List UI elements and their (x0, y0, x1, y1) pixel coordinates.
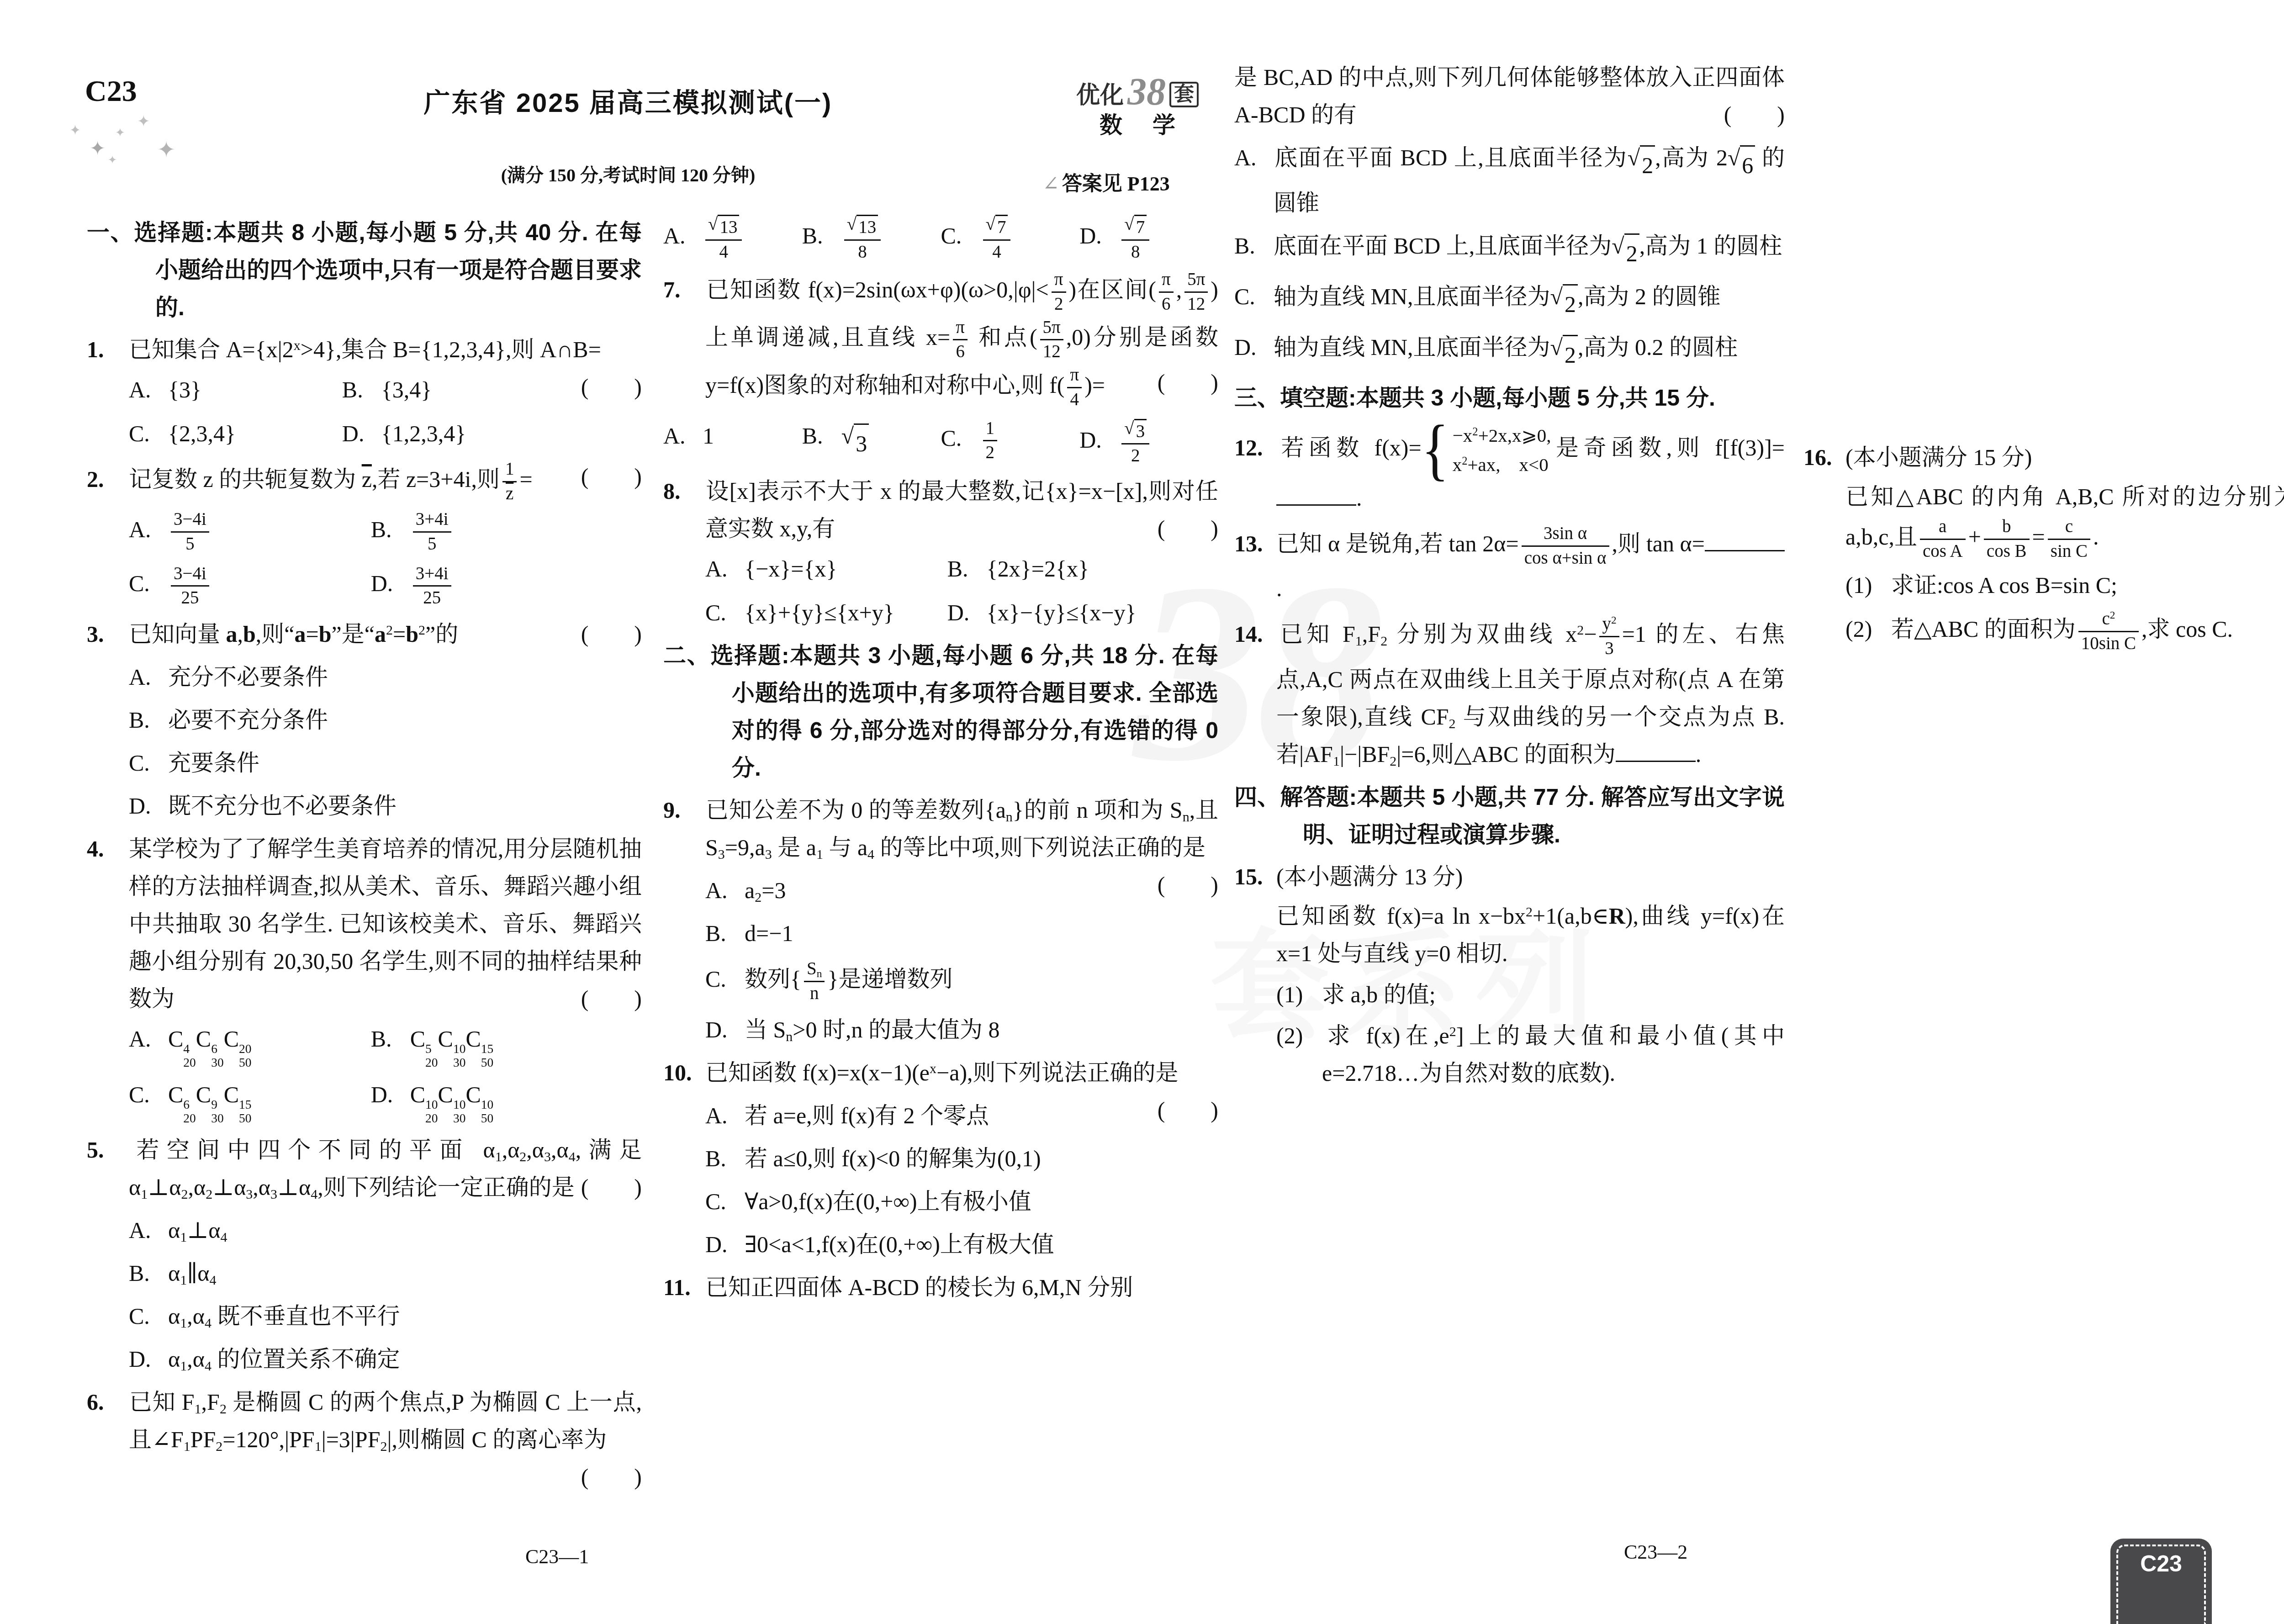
math-subscript: 1 (1333, 753, 1340, 768)
fraction-numerator: 3−4i (171, 562, 209, 586)
math-supsub: 620 (183, 1098, 196, 1126)
option: D.既不充分也不必要条件 (129, 787, 642, 825)
answer-bracket: ( ) (581, 1458, 642, 1496)
option-label: C. (941, 217, 980, 254)
question-number: 6. (87, 1383, 129, 1421)
math-subscript: 3 (544, 1149, 551, 1164)
exam-page: { "page": { "code": "C23", "title": "广东省… (0, 0, 2284, 1624)
option-label: C. (705, 1183, 745, 1220)
option: D.√32 (1079, 417, 1218, 468)
fraction-numerator: y2 (1599, 613, 1619, 636)
supsub-bottom: 20 (183, 1111, 196, 1125)
question-stem: 已知函数 f(x)=x(x−1)(ex−a),则下列说法正确的是 (705, 1060, 1179, 1085)
radicand: 13 (856, 215, 878, 239)
options-group: A.充分不必要条件B.必要不充分条件C.充要条件D.既不充分也不必要条件 (129, 658, 642, 825)
math-fraction: Snn (804, 957, 825, 1005)
fraction-denominator: 8 (855, 241, 870, 264)
question: 3.已知向量 a,b,则“a=b”是“a2=b2”的( )A.充分不必要条件B.… (87, 615, 642, 825)
question-number: 7. (663, 271, 705, 308)
fraction-denominator: sin C (2048, 540, 2090, 563)
option-label: A. (129, 511, 168, 548)
option: D.C1020C1030C1050 (371, 1076, 642, 1125)
math-supsub: 420 (183, 1042, 196, 1070)
cases-line: x2+ax, x<0 (1453, 450, 1551, 480)
math-fraction: π2 (1052, 268, 1066, 316)
option-text: √74 (980, 223, 1014, 249)
math-fraction: 5π12 (1184, 268, 1208, 316)
option-text: 充分不必要条件 (168, 664, 328, 690)
option: D.∃0<a<1,f(x)在(0,+∞)上有极大值 (705, 1226, 1218, 1263)
fraction-denominator: 12 (1040, 340, 1063, 364)
option-label: D. (342, 415, 381, 452)
column-3: 是 BC,AD 的中点,则下列几何体能够整体放入正四面体 A-BCD 的有( )… (1234, 54, 1785, 1097)
option-text: 数列{Snn}是递增数列 (745, 966, 952, 992)
math-subscript: 4 (569, 1149, 576, 1164)
math-subscript: 2 (220, 1401, 227, 1416)
math-fraction: acos A (1920, 515, 1966, 563)
question-stem: 已知向量 a,b,则“a=b”是“a2=b2”的 (129, 621, 458, 647)
question-stem: 若空间中四个不同的平面 α1,α2,α3,α4,满足 α1⊥α2,α2⊥α3,α… (129, 1137, 642, 1200)
option-label: C. (129, 565, 168, 602)
question-stem: 已知集合 A={x|2x>4},集合 B={1,2,3,4},则 A∩B= (129, 337, 601, 362)
math-fraction: π4 (1067, 364, 1082, 411)
question: 14.已知 F1,F2 分别为双曲线 x2−y23=1 的左、右焦点,A,C 两… (1234, 613, 1785, 772)
math-fraction: csin C (2048, 515, 2090, 563)
section-header: 二、选择题:本题共 3 小题,每小题 6 分,共 18 分. 在每小题给出的选项… (663, 637, 1218, 787)
math-subscript: 3 (270, 1186, 277, 1201)
supsub-top: 15 (481, 1042, 494, 1056)
math-subscript: 4 (220, 1229, 227, 1244)
fraction-numerator: a (1936, 515, 1949, 539)
paper-code: C23 (85, 74, 137, 109)
option-text: ∃0<a<1,f(x)在(0,+∞)上有极大值 (745, 1232, 1054, 1257)
answer-reference: ∠答案见 P123 (1042, 167, 1170, 196)
option-text: 底面在平面 BCD 上,且底面半径为√2,高为 1 的圆柱 (1274, 233, 1782, 259)
fraction-numerator: 3+4i (413, 508, 451, 531)
option-text: 既不充分也不必要条件 (168, 793, 397, 819)
math-fraction: 5π12 (1040, 316, 1063, 364)
question-stem: 若函数 f(x)={−x2+2x,x⩾0,x2+ax, x<0是奇函数,则 f[… (1276, 435, 1785, 511)
option: C.充要条件 (129, 744, 642, 782)
radical-sign: √ (1628, 145, 1640, 184)
question-number: 11. (663, 1269, 705, 1306)
math-subscript: 4 (311, 1186, 317, 1201)
option: A.C420C630C2050 (129, 1020, 371, 1069)
option-label: B. (371, 511, 410, 548)
fraction-numerator: √3 (1121, 417, 1149, 444)
question-number: 5. (87, 1131, 129, 1169)
math-fraction: √138 (844, 213, 881, 264)
star-icon: ✦ (90, 137, 106, 160)
supsub-bottom: 20 (425, 1111, 438, 1125)
radical-sign: √ (1124, 215, 1134, 239)
option-label: C. (129, 1076, 168, 1113)
option: D.3+4i25 (371, 562, 642, 610)
question-stem: 设[x]表示不大于 x 的最大整数,记{x}=x−[x],则对任意实数 x,y,… (705, 478, 1218, 541)
option: B.{2x}=2{x} (947, 550, 1218, 587)
question: 5.若空间中四个不同的平面 α1,α2,α3,α4,满足 α1⊥α2,α2⊥α3… (87, 1131, 642, 1378)
fraction-denominator: 8 (1128, 241, 1143, 264)
question-stem: 某学校为了了解学生美育培养的情况,用分层随机抽样的方法抽样调查,拟从美术、音乐、… (129, 836, 642, 1011)
option-text: √134 (703, 223, 745, 249)
option: B.若 a≤0,则 f(x)<0 的解集为(0,1) (705, 1140, 1218, 1177)
sub-question-label: (1) (1276, 976, 1322, 1013)
question-number: 8. (663, 472, 705, 510)
options-group: A.3−4i5B.3+4i5C.3−4i25D.3+4i25 (129, 508, 642, 610)
logo-38: 38 (1127, 77, 1166, 107)
option-label: B. (371, 1020, 410, 1058)
sub-question: (1)求证:cos A cos B=sin C; (1845, 566, 2284, 604)
fraction-numerator: π (1052, 268, 1066, 291)
fraction-numerator: c2 (2099, 608, 2118, 631)
option-text: C1020C1030C1050 (410, 1082, 494, 1107)
math-supsub: 1050 (481, 1098, 494, 1126)
question: 16.(本小题满分 15 分)已知△ABC 的内角 A,B,C 所对的边分别为 … (1803, 439, 2284, 656)
option-text: 充要条件 (168, 750, 259, 776)
math-fraction: √78 (1121, 213, 1149, 264)
math-subscript: n (786, 1029, 793, 1044)
supsub-top: 10 (453, 1098, 466, 1111)
math-subscript: 2 (1380, 634, 1387, 649)
option-text: α1,α4 的位置关系不确定 (168, 1346, 400, 1372)
bold-text: a (375, 621, 386, 647)
math-fraction: √32 (1121, 417, 1149, 468)
option: D.{1,2,3,4} (342, 415, 581, 452)
column-1: 一、选择题:本题共 8 小题,每小题 5 分,共 40 分. 在每小题给出的四个… (87, 210, 642, 1496)
answer-blank (1705, 530, 1785, 551)
option: C.C620C930C1550 (129, 1076, 371, 1125)
question: 6.已知 F1,F2 是椭圆 C 的两个焦点,P 为椭圆 C 上一点,且∠F1P… (87, 1383, 642, 1458)
fraction-denominator: n (807, 982, 822, 1005)
option-label: C. (129, 1297, 168, 1335)
answer-bracket: ( ) (581, 458, 642, 495)
radicand: 2 (1563, 335, 1578, 374)
math-sqrt: √2 (1550, 284, 1578, 323)
math-supsub: 1550 (239, 1098, 252, 1126)
option-label: C. (129, 415, 168, 452)
math-subscript: 1 (141, 1186, 148, 1201)
radicand: 3 (1134, 419, 1147, 444)
question-number: 3. (87, 615, 129, 653)
math-fraction: 12 (983, 417, 998, 465)
math-superscript: 2 (386, 623, 393, 638)
fraction-numerator: π (1159, 268, 1174, 291)
option: D.{x}−{y}≤{x−y} (947, 594, 1218, 631)
question: 11.已知正四面体 A-BCD 的棱长为 6,M,N 分别 (663, 1269, 1218, 1306)
supsub-top: 15 (239, 1098, 252, 1111)
math-sqrt: √6 (1728, 145, 1755, 184)
question: 2.记复数 z 的共轭复数为 z,若 z=3+4i,则1z=( )A.3−4i5… (87, 458, 642, 610)
sub-question-text: 若△ABC 的面积为c210sin C,求 cos C. (1891, 616, 2233, 642)
option-text: 3+4i25 (410, 571, 454, 596)
math-supsub: 520 (425, 1042, 438, 1070)
section-header: 三、填空题:本题共 3 小题,每小题 5 分,共 15 分. (1234, 379, 1785, 417)
answer-bracket: ( ) (1158, 866, 1218, 904)
option: A.a2=3 (705, 872, 1218, 909)
sub-question-text: 求 a,b 的值; (1322, 982, 1436, 1007)
question-stem: 已知函数 f(x)=2sin(ωx+φ)(ω>0,|φ|<π2)在区间(π6,5… (705, 277, 1218, 398)
math-sqrt: √13 (847, 215, 878, 239)
fraction-numerator: π (953, 316, 968, 339)
option-label: D. (371, 565, 410, 602)
math-superscript: 2 (1472, 426, 1478, 438)
fraction-denominator: 4 (716, 241, 731, 264)
question-stem: (本小题满分 13 分) (1276, 864, 1463, 889)
options-group: A.{3}B.{3,4}C.{2,3,4}D.{1,2,3,4} (129, 371, 581, 452)
question: 15.(本小题满分 13 分)已知函数 f(x)=a ln x−bx2+1(a,… (1234, 858, 1785, 1092)
option-label: B. (129, 701, 168, 739)
option-label: B. (129, 1254, 168, 1292)
supsub-top: 4 (183, 1042, 196, 1056)
fraction-numerator: 1 (983, 417, 998, 440)
option: B.C520C1030C1550 (371, 1020, 642, 1069)
option-label: B. (705, 1140, 745, 1177)
option-text: √138 (841, 223, 883, 249)
answer-blank (1276, 485, 1356, 506)
math-subscript: 3 (718, 846, 725, 862)
option-text: {2x}=2{x} (987, 556, 1089, 582)
math-superscript: 2 (1449, 1024, 1456, 1039)
fraction-denominator: cos B (1984, 540, 2030, 563)
supsub-bottom: 50 (239, 1056, 252, 1069)
option: C.轴为直线 MN,且底面半径为√2,高为 2 的圆锥 (1234, 278, 1785, 323)
math-subscript: 1 (495, 1149, 502, 1164)
math-overline: z (506, 484, 513, 503)
option: B.α1∥α4 (129, 1254, 642, 1292)
option-label: A. (705, 872, 745, 909)
option-label: A. (129, 1020, 168, 1058)
option-text: a2=3 (745, 878, 786, 903)
option: C.3−4i25 (129, 562, 371, 610)
math-subscript: 4 (205, 1315, 211, 1330)
column-4: 16.(本小题满分 15 分)已知△ABC 的内角 A,B,C 所对的边分别为 … (1803, 434, 2284, 661)
math-subscript: 3 (246, 1186, 253, 1201)
column-2: A.√134B.√138C.√74D.√787.已知函数 f(x)=2sin(ω… (663, 210, 1218, 1312)
option-label: B. (947, 550, 987, 587)
option-text: {2,3,4} (168, 421, 236, 446)
math-sqrt: √7 (986, 215, 1008, 239)
math-subscript: 3 (765, 846, 772, 862)
math-subscript: 4 (867, 846, 874, 862)
question-number: 2. (87, 460, 129, 498)
radical-sign: √ (1612, 233, 1624, 272)
math-subscript: 1 (184, 1439, 190, 1454)
option-text: 必要不充分条件 (168, 707, 328, 733)
question-body: 已知△ABC 的内角 A,B,C 所对的边分别为 a,b,c,且acos A+b… (1845, 478, 2284, 563)
option: D.√78 (1079, 213, 1218, 264)
option-text: √3 (841, 423, 869, 449)
option-text: {x}+{y}≤{x+y} (745, 600, 894, 625)
question: 1.已知集合 A={x|2x>4},集合 B={1,2,3,4},则 A∩B=(… (87, 331, 642, 452)
option-label: A. (705, 1097, 745, 1134)
radicand: 2 (1563, 284, 1578, 323)
supsub-bottom: 50 (239, 1111, 252, 1125)
page-title: 广东省 2025 届高三模拟测试(一) (137, 81, 1119, 120)
option-text: C420C630C2050 (168, 1026, 252, 1052)
radical-sign: √ (1550, 284, 1563, 323)
option: B.√138 (802, 213, 941, 264)
options-group: A.C420C630C2050B.C520C1030C1550C.C620C93… (129, 1020, 642, 1126)
fraction-numerator: √13 (844, 213, 881, 239)
bold-text: b (243, 621, 256, 647)
option: C.√74 (941, 213, 1080, 264)
radical-sign: √ (847, 215, 856, 239)
math-overline: z (362, 466, 372, 492)
math-subscript: 2 (206, 1186, 212, 1201)
option-text: 当 Sn>0 时,n 的最大值为 8 (745, 1017, 1000, 1042)
option-text: 轴为直线 MN,且底面半径为√2,高为 0.2 的圆柱 (1274, 334, 1738, 360)
fraction-numerator: π (1067, 364, 1082, 387)
math-subscript: 1 (180, 1229, 187, 1244)
option: B.√3 (802, 417, 941, 468)
option-text: {3} (168, 377, 201, 402)
fraction-numerator: c (2062, 515, 2076, 539)
question: 10.已知函数 f(x)=x(x−1)(ex−a),则下列说法正确的是( )A.… (663, 1054, 1218, 1263)
sub-question-label: (2) (1845, 610, 1891, 648)
sub-question-label: (1) (1845, 566, 1891, 604)
question-number: 14. (1234, 615, 1276, 653)
math-subscript: 1 (816, 846, 823, 862)
math-subscript: 1 (180, 1272, 187, 1287)
option-text: √32 (1119, 427, 1152, 453)
option-label: A. (129, 1211, 168, 1249)
option: A.1 (663, 417, 802, 468)
sub-question-label: (2) (1276, 1017, 1322, 1054)
cases-brace: { (1422, 416, 1449, 485)
question: 8.设[x]表示不大于 x 的最大整数,记{x}=x−[x],则对任意实数 x,… (663, 472, 1218, 631)
fraction-denominator: 4 (1068, 388, 1082, 412)
radical-sign: √ (1550, 335, 1563, 374)
corner-tab-label: C23 (2110, 1550, 2212, 1577)
option: A.3−4i5 (129, 508, 371, 555)
fraction-denominator: 5 (425, 533, 439, 556)
math-subscript: 2 (755, 889, 761, 905)
math-sqrt: √2 (1628, 145, 1655, 184)
question-stem: (本小题满分 15 分) (1845, 444, 2032, 470)
bold-text: a (226, 621, 238, 647)
option-label: B. (1234, 227, 1274, 264)
cases-line: −x2+2x,x⩾0, (1453, 421, 1551, 450)
option-label: C. (705, 960, 745, 998)
options-group: A.{−x}={x}B.{2x}=2{x}C.{x}+{y}≤{x+y}D.{x… (705, 550, 1218, 631)
publisher-logo: 优化 38 套 数 学 (1046, 77, 1229, 137)
math-fraction: 1z (502, 458, 517, 505)
math-fraction: π6 (1159, 268, 1174, 316)
math-sqrt: √2 (1550, 335, 1578, 374)
sub-question: (2)求 f(x)在,e2]上的最大值和最小值(其中 e=2.718…为自然对数… (1276, 1017, 1785, 1092)
math-subscript: 2 (1390, 753, 1396, 768)
radical-sign: √ (986, 215, 995, 239)
option: C.12 (941, 417, 1080, 468)
fraction-numerator: b (1999, 515, 2014, 539)
logo-subject: 数 学 (1046, 114, 1229, 137)
question-number: 4. (87, 830, 129, 868)
supsub-bottom: 30 (453, 1056, 466, 1069)
option: C.数列{Snn}是递增数列 (705, 957, 1218, 1005)
option: B.3+4i5 (371, 508, 642, 555)
option-label: D. (1234, 328, 1274, 366)
question-continuation: 是 BC,AD 的中点,则下列几何体能够整体放入正四面体 A-BCD 的有( ) (1234, 58, 1785, 133)
question-number: 15. (1234, 858, 1276, 895)
fraction-denominator: 5 (183, 533, 197, 556)
page-number-right: C23—2 (1624, 1540, 1687, 1564)
fraction-numerator: √13 (705, 213, 742, 239)
logo-text: 优化 (1076, 84, 1124, 107)
fraction-denominator: 6 (953, 340, 968, 364)
option-label: D. (371, 1076, 410, 1113)
option: D.轴为直线 MN,且底面半径为√2,高为 0.2 的圆柱 (1234, 328, 1785, 374)
math-fraction: √74 (983, 213, 1011, 264)
radicand: 7 (995, 215, 1008, 239)
radicand: 2 (1640, 145, 1655, 184)
option-label: D. (705, 1226, 745, 1263)
math-fraction: y23 (1599, 613, 1619, 660)
math-fraction: 3sin αcos α+sin α (1522, 522, 1609, 570)
question: 12.若函数 f(x)={−x2+2x,x⩾0,x2+ax, x<0是奇函数,则… (1234, 421, 1785, 517)
option: C.{2,3,4} (129, 415, 342, 452)
math-subscript: 1 (1355, 634, 1362, 649)
section-header: 一、选择题:本题共 8 小题,每小题 5 分,共 40 分. 在每小题给出的四个… (87, 214, 642, 326)
fraction-numerator: 3sin α (1541, 522, 1590, 545)
star-icon: ✦ (108, 153, 117, 167)
math-subscript: n (817, 968, 822, 980)
question: 9.已知公差不为 0 的等差数列{an}的前 n 项和为 Sn,且 S3=9,a… (663, 791, 1218, 1048)
answer-bracket: ( ) (1158, 510, 1218, 547)
option-text: α1∥α4 (168, 1260, 217, 1286)
math-supsub: 930 (211, 1098, 224, 1126)
option-text: α1,α4 既不垂直也不平行 (168, 1303, 400, 1329)
corner-tab: C23 (2110, 1539, 2212, 1624)
math-subscript: 2 (216, 1439, 222, 1454)
question: 13.已知 α 是锐角,若 tan 2α=3sin αcos α+sin α,则… (1234, 522, 1785, 607)
fraction-numerator: √7 (983, 213, 1011, 239)
sub-question-text: 求证:cos A cos B=sin C; (1891, 572, 2117, 598)
math-superscript: x (294, 338, 301, 353)
math-superscript: x (930, 1061, 936, 1076)
fraction-denominator: z (503, 482, 516, 506)
math-fraction: π6 (953, 316, 968, 364)
math-cases: {−x2+2x,x⩾0,x2+ax, x<0 (1422, 421, 1551, 479)
options-group: A.a2=3B.d=−1C.数列{Snn}是递增数列D.当 Sn>0 时,n 的… (705, 872, 1218, 1048)
math-sqrt: √3 (841, 423, 869, 462)
answer-bracket: ( ) (581, 615, 642, 653)
answer-bracket: ( ) (1158, 1091, 1218, 1129)
question-number: 13. (1234, 525, 1276, 562)
option: B.d=−1 (705, 915, 1218, 952)
math-subscript: 2 (1449, 716, 1456, 731)
radical-sign: √ (841, 423, 854, 462)
option: B.必要不充分条件 (129, 701, 642, 739)
options-group: A.α1⊥α4B.α1∥α4C.α1,α4 既不垂直也不平行D.α1,α4 的位… (129, 1211, 642, 1378)
option-text: ∀a>0,f(x)在(0,+∞)上有极小值 (745, 1189, 1031, 1214)
math-subscript: 2 (181, 1186, 188, 1201)
supsub-top: 20 (239, 1042, 252, 1056)
answer-bracket: ( ) (581, 1169, 642, 1206)
fraction-numerator: √7 (1121, 213, 1149, 239)
question: 4.某学校为了了解学生美育培养的情况,用分层随机抽样的方法抽样调查,拟从美术、音… (87, 830, 642, 1126)
fraction-numerator: 5π (1040, 316, 1063, 339)
option-label: A. (705, 550, 745, 587)
math-superscript: 2 (1462, 455, 1467, 467)
math-supsub: 2050 (239, 1042, 252, 1070)
math-fraction: 3−4i5 (171, 508, 209, 555)
math-supsub: 1030 (453, 1098, 466, 1126)
radical-sign: √ (1124, 419, 1134, 444)
supsub-bottom: 30 (211, 1056, 224, 1069)
supsub-top: 10 (481, 1098, 494, 1111)
answer-bracket: ( ) (1724, 96, 1785, 133)
question-stem: 记复数 z 的共轭复数为 z,若 z=3+4i,则1z= (129, 466, 533, 492)
